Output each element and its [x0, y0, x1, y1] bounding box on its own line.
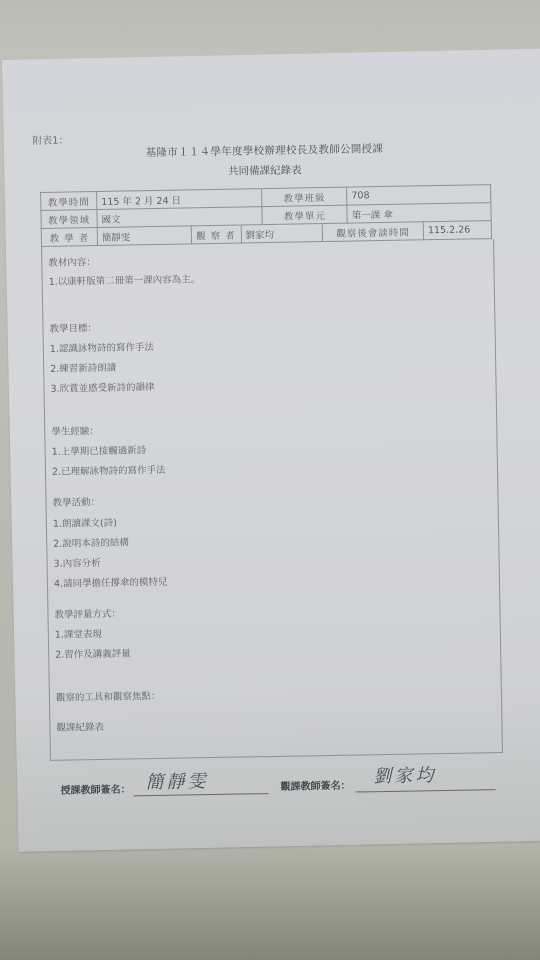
document: 附表1： 基隆市１１４學年度學校辦理校長及教師公開授課 共同備課紀錄表 教學時間…: [0, 0, 540, 960]
objective-item: 3.欣賞並感受新詩的韻律: [50, 379, 154, 395]
teacher-value: 簡靜雯: [97, 226, 191, 246]
assessment-item: 1.課堂表現: [55, 626, 102, 641]
assessment-item: 2.習作及講義評量: [55, 645, 131, 660]
material-heading: 教材內容：: [48, 254, 96, 269]
document-subtitle: 共同備課紀錄表: [0, 158, 535, 182]
experience-item: 1.上學期已接觸過新詩: [52, 442, 147, 458]
observer-sign-line: [356, 789, 496, 792]
post-talk-label: 觀察後會談時間: [322, 222, 423, 242]
teacher-sign-label: 授課教師簽名：: [60, 780, 130, 796]
domain-label: 教學領域: [41, 209, 97, 228]
post-talk-value: 115.2.26: [423, 221, 491, 240]
observer-sign-label: 觀課教師簽名：: [280, 777, 350, 793]
class-label: 教學班級: [262, 187, 347, 206]
teaching-time-label: 教學時間: [41, 191, 97, 210]
observer-signature: 劉家均: [373, 761, 436, 788]
tools-heading: 觀察的工具和觀察焦點：: [56, 688, 161, 704]
activity-item: 1.朗讀課文(詩): [53, 515, 117, 530]
assessment-heading: 教學評量方式：: [54, 606, 121, 621]
teacher-label: 教 學 者: [41, 227, 97, 246]
activity-item: 2.說明本詩的結構: [53, 534, 129, 549]
observer-value: 劉家均: [241, 224, 323, 243]
objective-item: 2.練習新詩朗讀: [50, 360, 116, 375]
experience-heading: 學生經驗：: [51, 423, 99, 438]
info-table: 教學時間 115 年 2 月 24 日 教學班級 708 教學領域 國文 教學單…: [40, 184, 492, 247]
material-item: 1.以康軒版第二冊第一課內容為主。: [49, 271, 201, 288]
content-box: 教材內容： 1.以康軒版第二冊第一課內容為主。 教學目標： 1.認識詠物詩的寫作…: [41, 239, 503, 761]
unit-label: 教學單元: [262, 205, 347, 224]
teacher-signature: 簡靜雯: [145, 767, 208, 794]
activity-item: 4.請同學擔任撐傘的模特兒: [54, 574, 168, 590]
activity-item: 3.內容分析: [53, 555, 100, 570]
activities-heading: 教學活動：: [52, 494, 100, 509]
annex-label: 附表1：: [32, 131, 69, 147]
objective-item: 1.認識詠物詩的寫作手法: [50, 339, 154, 355]
objectives-heading: 教學目標：: [49, 320, 97, 335]
observer-label: 觀 察 者: [191, 225, 241, 244]
experience-item: 2.已理解詠物詩的寫作手法: [52, 462, 166, 478]
tools-value: 觀課紀錄表: [56, 719, 104, 734]
